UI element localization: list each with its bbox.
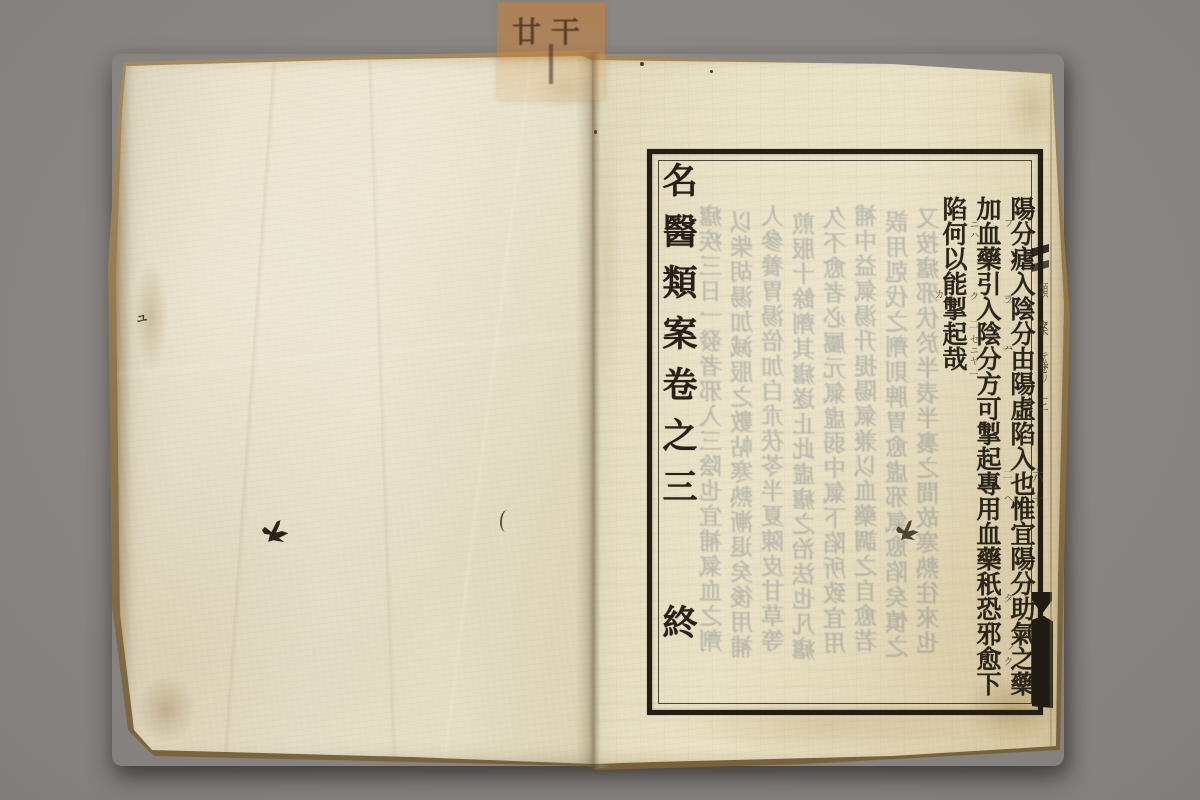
kunten-reading-mark: ハ [1001, 343, 1011, 354]
ghost-showthrough-column: 以柴胡湯加減服之數帖寒熱漸退矣後用補 [727, 210, 760, 720]
kunten-reading-mark: 一 [966, 369, 976, 380]
ghost-showthrough-column: 久不愈者必屬元氣虛弱中氣下陷所致宜用 [820, 206, 853, 716]
ghost-showthrough-column: 補中益氣湯升提陽氣兼以血藥調之自愈若 [851, 204, 884, 714]
ghost-showthrough-column: 誤用剋伐之劑則脾胃愈虛邪氣愈陷矣慎之 [882, 210, 915, 720]
kunten-reading-mark: ク [1001, 656, 1011, 667]
ink-blot-left-page [262, 520, 290, 543]
kunten-reading-mark: ヘ [1001, 493, 1011, 504]
ink-mark-brace [499, 510, 512, 533]
ink-mark-hook: ユ [135, 309, 149, 323]
stain [592, 116, 622, 416]
left-page: ユ [112, 54, 596, 766]
fold-edge-line [1050, 72, 1052, 756]
photograph-of-open-book: ユ 名醫類案卷之三 終 瘧疾三日一發者邪入三陰也宜補氣血之劑以柴胡湯加減服之數帖… [0, 0, 1200, 800]
volume-end-mark: 終 [657, 604, 698, 655]
volume-title-text: 名醫類案卷之三 [657, 162, 698, 519]
kunten-reading-mark: ノ [1004, 641, 1014, 652]
catalog-label-stroke [549, 44, 553, 84]
ink-speck [594, 130, 597, 134]
ghost-showthrough-column: 人參養胃湯倍加白朮茯苓半夏陳皮甘草等 [758, 204, 791, 714]
volume-title-column: 名醫類案卷之三 終 [652, 162, 702, 742]
stain [136, 674, 196, 744]
kunten-reading-mark: 二 [966, 319, 976, 330]
paper-wrinkles-left [112, 54, 596, 766]
kunten-reading-mark: カ [932, 289, 942, 300]
ghost-showthrough-column: 瘧疾三日一發者邪入三陰也宜補氣血之劑 [696, 204, 729, 714]
paper-texture-left [112, 54, 596, 766]
kunten-reading-mark: 二 [1000, 469, 1010, 480]
ink-speck [640, 62, 644, 66]
kunten-reading-mark: ク [967, 291, 977, 302]
body-text-column-3: 陷何以能掣起哉 [935, 196, 971, 716]
fold-leaf-number: 六十 [1030, 468, 1046, 516]
kunten-reading-mark: ニハ [967, 219, 977, 241]
kunten-reading-mark: タ [1001, 593, 1011, 604]
kunten-reading-mark: セニヤ [967, 334, 977, 367]
kunten-reading-mark: ラ [1001, 294, 1011, 305]
catalog-label: 廿干 [497, 2, 605, 100]
kunten-reading-mark: フ [1001, 218, 1011, 229]
body-text-column-2: 加血藥引入陰分方可掣起專用血藥秖恐邪愈下 [969, 196, 1005, 716]
ghost-showthrough-column: 煎服十餘劑其瘧遂止此虛瘧之治法也凡瘧 [789, 212, 822, 722]
ink-speck [710, 70, 713, 73]
right-page: 名醫類案卷之三 終 瘧疾三日一發者邪入三陰也宜補氣血之劑以柴胡湯加減服之數帖寒熱… [592, 56, 1070, 768]
